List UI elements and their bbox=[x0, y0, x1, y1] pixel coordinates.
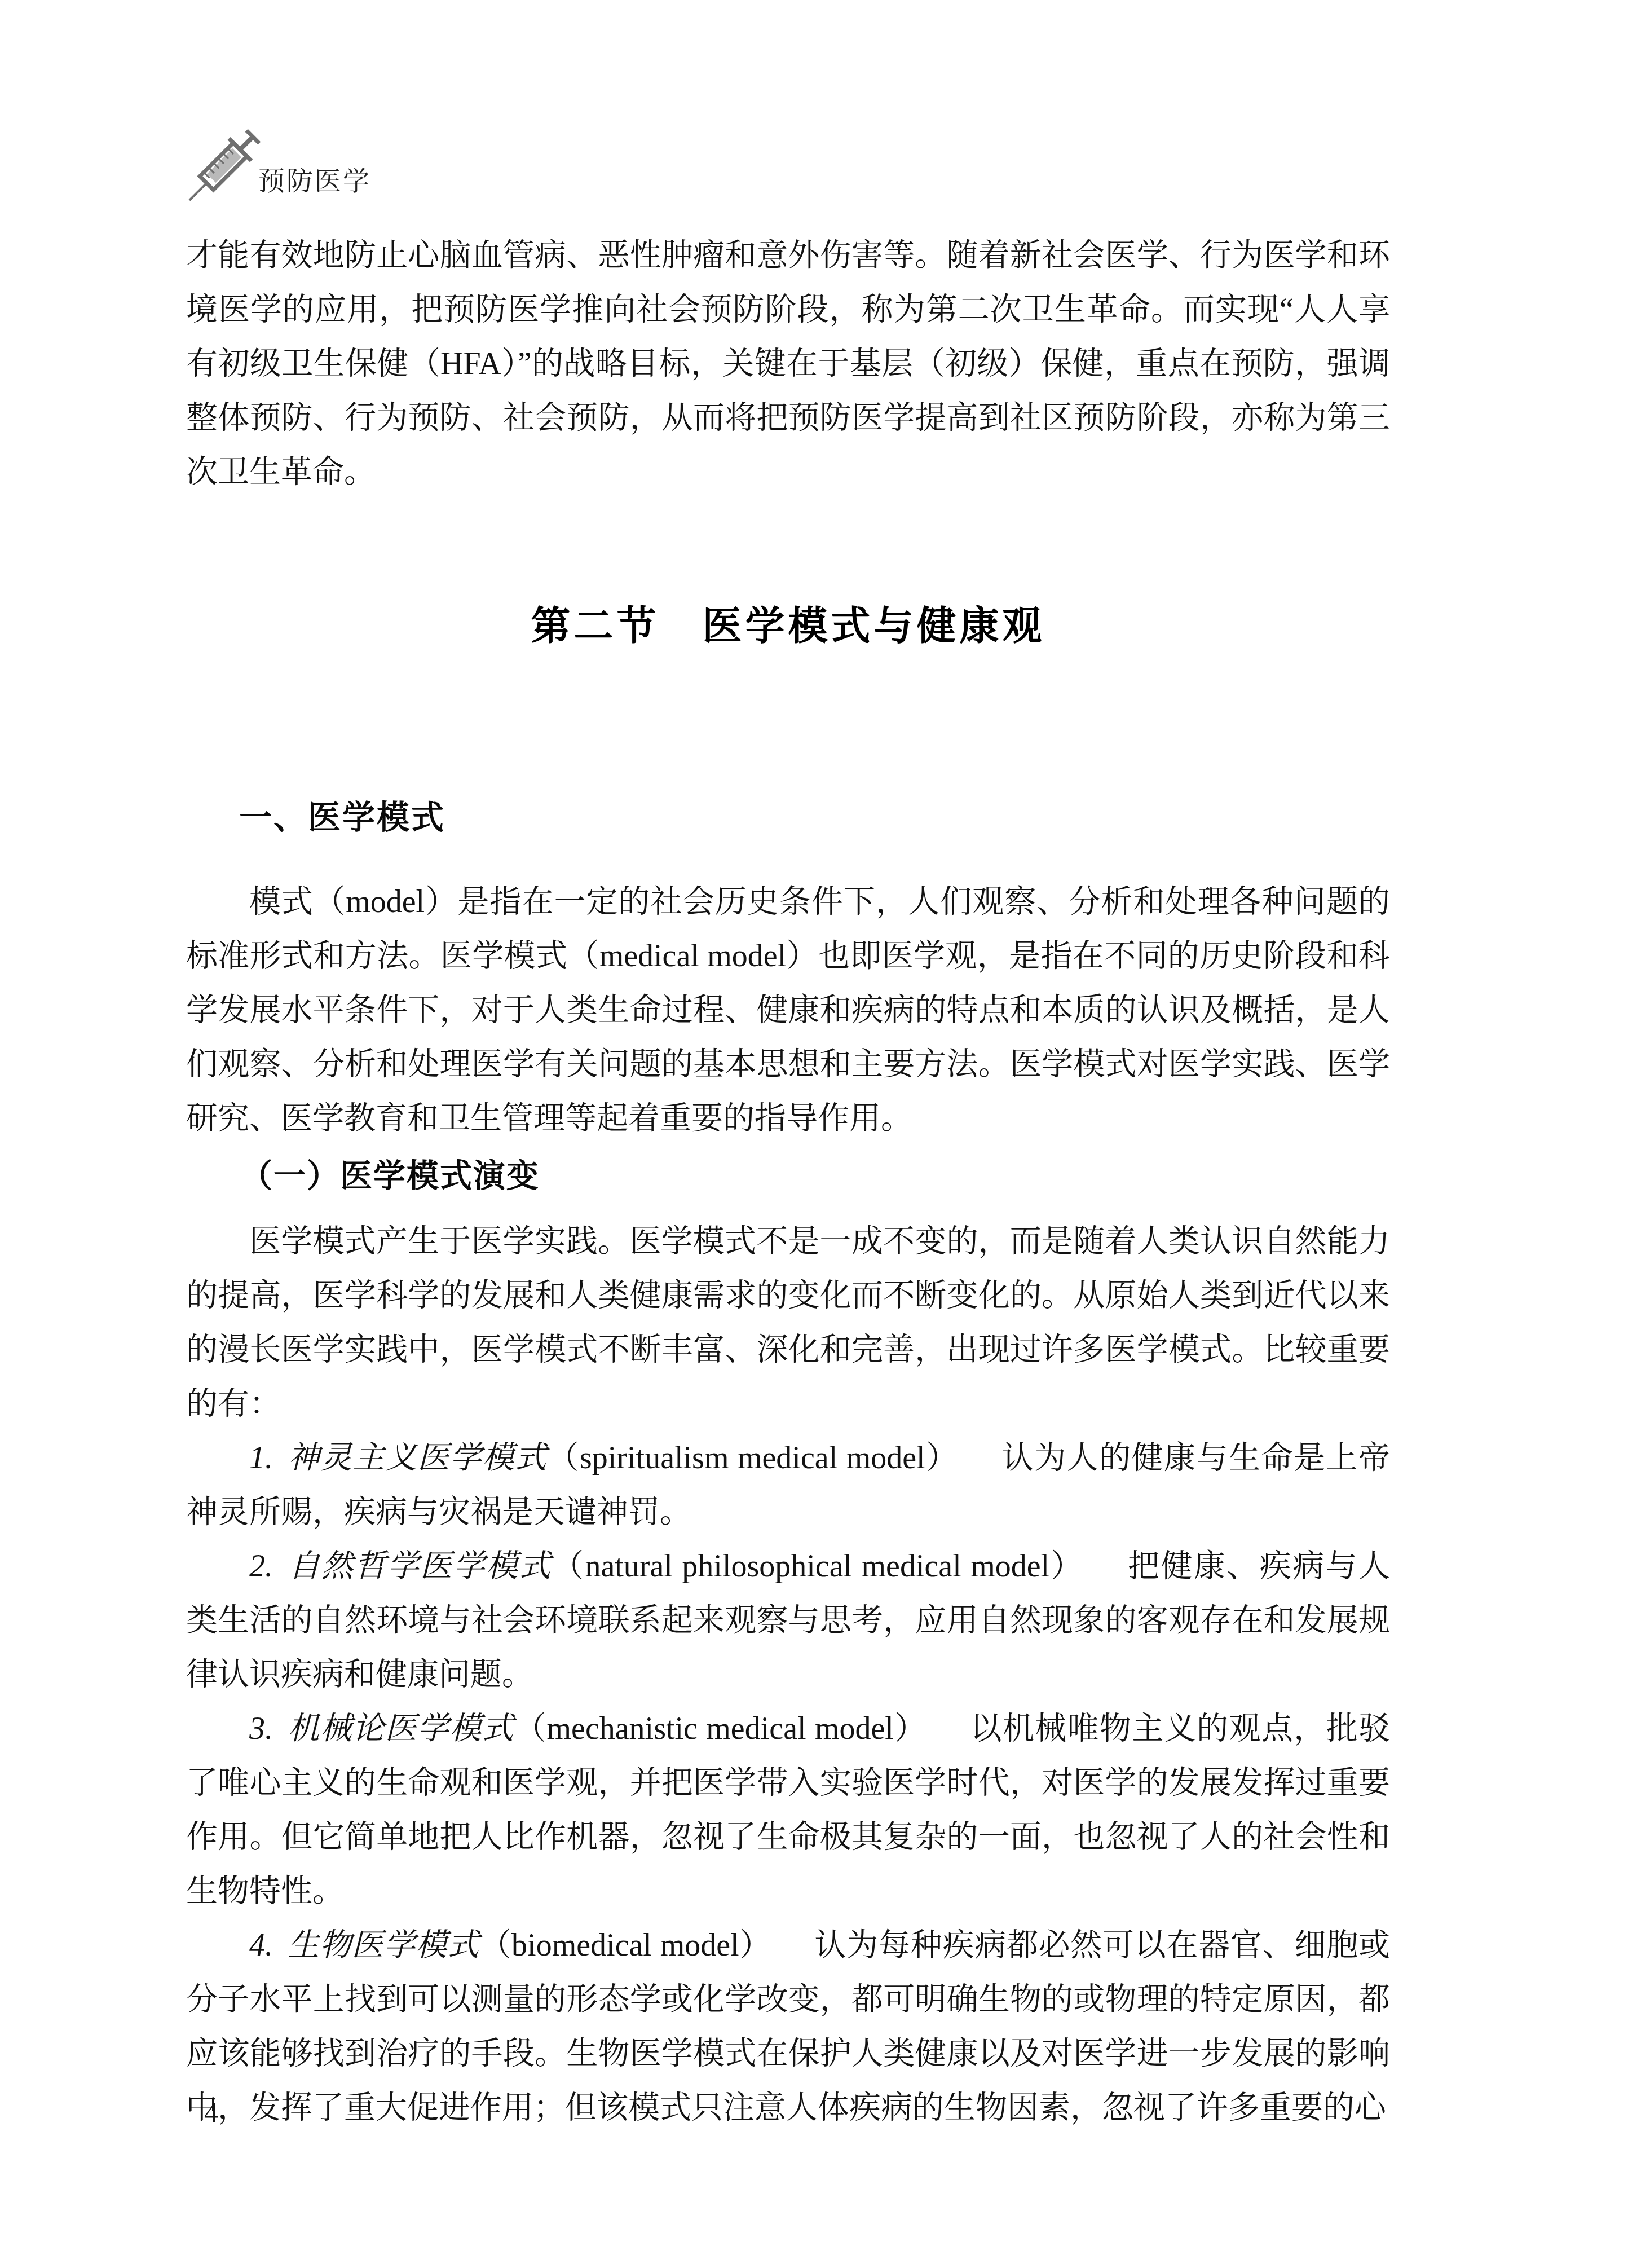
model-number: 4. bbox=[249, 1928, 273, 1963]
page-number: 4 bbox=[204, 2096, 218, 2129]
model-item-4: 4.生物医学模式（biomedical model）认为每种疾病都必然可以在器官… bbox=[186, 1918, 1390, 2135]
model-term: 神灵主义医学模式 bbox=[287, 1441, 547, 1476]
model-number: 2. bbox=[249, 1549, 273, 1584]
brand-label: 预防医学 bbox=[258, 160, 371, 198]
model-item-2: 2.自然哲学医学模式（natural philosophical medical… bbox=[186, 1539, 1390, 1702]
continuation-paragraph: 才能有效地防止心脑血管病、恶性肿瘤和意外伤害等。随着新社会医学、行为医学和环境医… bbox=[186, 228, 1390, 499]
subsection-heading: 一、医学模式 bbox=[186, 796, 1443, 839]
subsubsection-heading: （一）医学模式演变 bbox=[186, 1155, 1444, 1197]
model-term: 机械论医学模式 bbox=[287, 1711, 514, 1746]
syringe-icon bbox=[185, 114, 265, 219]
model-list: 医学模式产生于医学实践。医学模式不是一成不变的，而是随着人类认识自然能力的提高，… bbox=[186, 1214, 1390, 2135]
model-english: （mechanistic medical model） bbox=[514, 1711, 927, 1746]
model-number: 3. bbox=[249, 1711, 273, 1746]
evolution-paragraph: 医学模式产生于医学实践。医学模式不是一成不变的，而是随着人类认识自然能力的提高，… bbox=[186, 1214, 1390, 1431]
intro-paragraph: 模式（model）是指在一定的社会历史条件下，人们观察、分析和处理各种问题的标准… bbox=[186, 875, 1390, 1146]
model-term: 生物医学模式 bbox=[287, 1928, 479, 1963]
book-page: 预防医学 才能有效地防止心脑血管病、恶性肿瘤和意外伤害等。随着新社会医学、行为医… bbox=[0, 0, 1628, 2268]
model-term: 自然哲学医学模式 bbox=[287, 1549, 552, 1584]
section-title: 第二节 医学模式与健康观 bbox=[186, 601, 1390, 651]
model-item-3: 3.机械论医学模式（mechanistic medical model）以机械唯… bbox=[186, 1702, 1390, 1918]
model-english: （spiritualism medical model） bbox=[548, 1441, 959, 1476]
model-number: 1. bbox=[249, 1441, 273, 1476]
model-english: （biomedical model） bbox=[479, 1928, 771, 1963]
model-item-1: 1.神灵主义医学模式（spiritualism medical model）认为… bbox=[186, 1431, 1390, 1539]
model-english: （natural philosophical medical model） bbox=[552, 1549, 1084, 1584]
